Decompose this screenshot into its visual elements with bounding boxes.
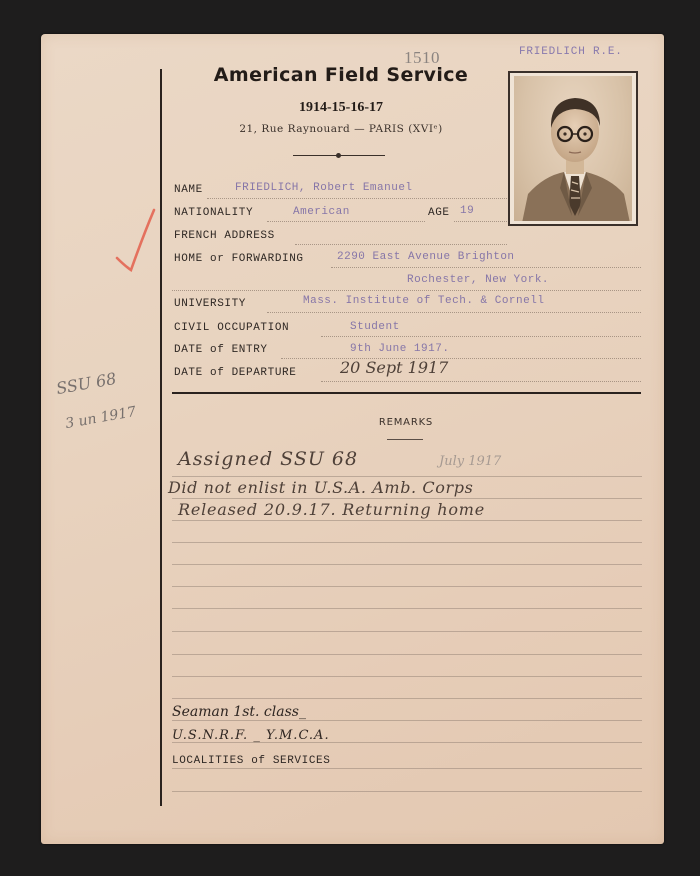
card-title: American Field Service: [169, 64, 513, 86]
ruled-line: [172, 498, 642, 499]
section-divider: [172, 392, 641, 394]
home-line-1: [331, 267, 641, 268]
occupation-value: Student: [350, 321, 400, 333]
nationality-value: American: [293, 206, 350, 218]
entry-date-label: DATE of ENTRY: [174, 344, 268, 356]
departure-date-value: 20 Sept 1917: [340, 358, 448, 377]
departure-date-line: [321, 381, 641, 382]
home-label: HOME or FORWARDING: [174, 253, 304, 265]
university-value: Mass. Institute of Tech. & Cornell: [303, 295, 544, 307]
name-label: NAME: [174, 184, 203, 196]
university-label: UNIVERSITY: [174, 298, 246, 310]
ruled-line: [172, 720, 642, 721]
university-line: [267, 312, 641, 313]
entry-date-value: 9th June 1917.: [350, 343, 449, 355]
margin-vertical-rule: [160, 69, 162, 806]
home-value-line2: Rochester, New York.: [407, 274, 549, 286]
age-line: [454, 221, 507, 222]
name-value: FRIEDLICH, Robert Emanuel: [235, 182, 413, 194]
departure-date-label: DATE of DEPARTURE: [174, 367, 296, 379]
nationality-line: [267, 221, 425, 222]
ruled-line: [172, 654, 642, 655]
entry-date-line: [281, 358, 641, 359]
remarks-title: REMARKS: [169, 417, 643, 428]
french-address-label: FRENCH ADDRESS: [174, 230, 275, 242]
occupation-label: CIVIL OCCUPATION: [174, 322, 289, 334]
photo-frame: [508, 71, 638, 226]
home-value-line1: 2290 East Avenue Brighton: [337, 251, 515, 263]
ruled-line: [172, 476, 642, 477]
remark-line-2: Did not enlist in U.S.A. Amb. Corps: [168, 478, 473, 497]
margin-note-date: 3 un 1917: [64, 404, 137, 432]
portrait-photo-icon: [514, 76, 632, 221]
ruled-line: [172, 542, 642, 543]
ornament-divider: [293, 153, 385, 159]
localities-note-2: U.S.N.R.F. _ Y.M.C.A.: [172, 728, 330, 743]
ruled-line: [172, 676, 642, 677]
name-line: [207, 198, 507, 199]
margin-note-unit: SSU 68: [55, 369, 118, 398]
record-card: 1510 FRIEDLICH R.E. American Field Servi…: [41, 34, 664, 844]
age-label: AGE: [428, 207, 450, 219]
french-address-line: [295, 244, 507, 245]
ruled-line: [172, 608, 642, 609]
nationality-label: NATIONALITY: [174, 207, 253, 219]
card-years: 1914-15-16-17: [169, 100, 513, 116]
card-address: 21, Rue Raynouard — PARIS (XVIᵉ): [169, 123, 513, 135]
remark-line-3: Released 20.9.17. Returning home: [178, 500, 485, 519]
remarks-underline: [387, 439, 423, 440]
home-line-2: [172, 290, 641, 291]
localities-label: LOCALITIES of SERVICES: [172, 755, 330, 767]
red-check-icon: [113, 208, 157, 278]
ruled-line: [172, 791, 642, 792]
ruled-line: [172, 586, 642, 587]
ruled-line: [172, 698, 642, 699]
localities-note-1: Seaman 1st. class_: [172, 704, 306, 720]
ruled-line: [172, 768, 642, 769]
remark-line-1-annotation: July 1917: [439, 454, 501, 469]
remark-line-1: Assigned SSU 68: [178, 448, 358, 470]
ruled-line: [172, 564, 642, 565]
ruled-line: [172, 631, 642, 632]
name-stamp: FRIEDLICH R.E.: [519, 46, 623, 58]
ruled-line: [172, 520, 642, 521]
occupation-line: [321, 336, 641, 337]
age-value: 19: [460, 205, 474, 217]
